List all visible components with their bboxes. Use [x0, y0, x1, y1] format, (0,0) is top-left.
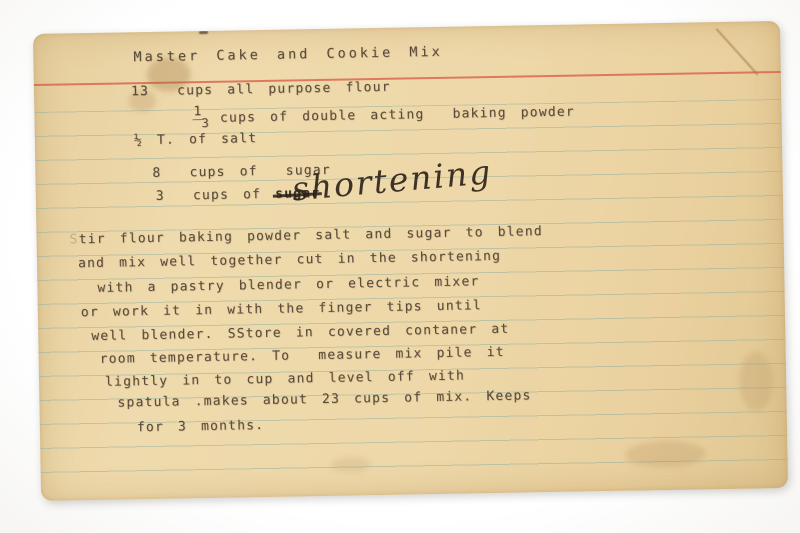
fraction-one-third: 13 — [192, 111, 212, 127]
instruction-line: for 3 months. — [137, 418, 265, 436]
ink-speck — [199, 31, 208, 34]
stain — [739, 351, 774, 412]
ingredient-shortening-qty: 3 cups of — [156, 187, 276, 204]
scratch-mark — [716, 28, 759, 75]
ingredient-salt: ½ T. of salt — [134, 131, 258, 149]
ingredient-flour: 13 cups all purpose flour — [131, 80, 391, 100]
recipe-card: Master Cake and Cookie Mix 13 cups all p… — [33, 21, 788, 501]
scan-background: Master Cake and Cookie Mix 13 cups all p… — [0, 0, 800, 533]
card-title: Master Cake and Cookie Mix — [133, 44, 443, 66]
